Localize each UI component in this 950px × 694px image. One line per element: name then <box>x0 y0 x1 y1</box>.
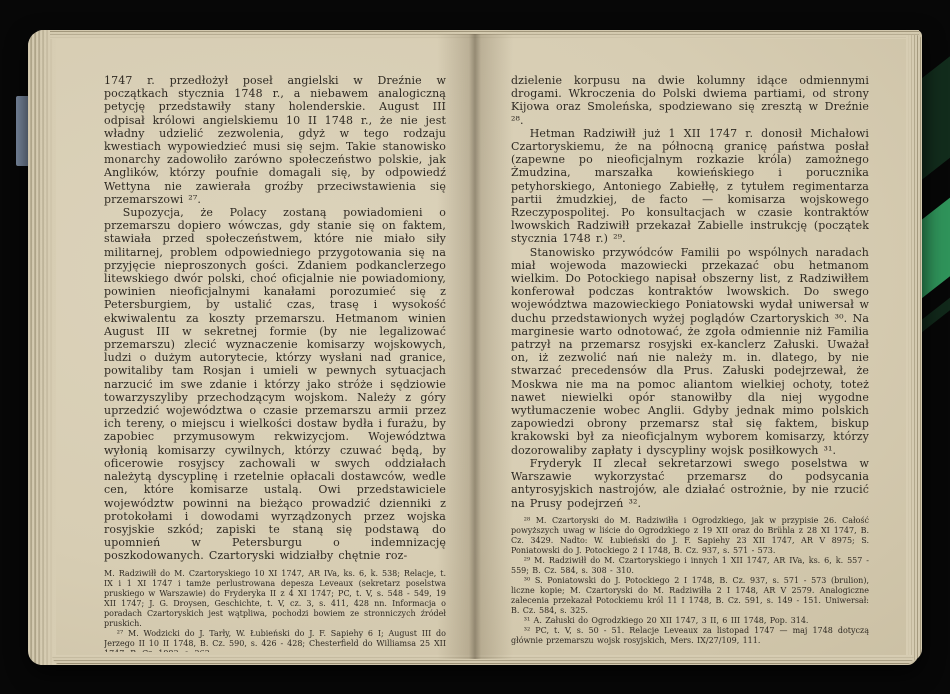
paragraph: 1747 r. przedłożył poseł angielski w Dre… <box>104 74 446 206</box>
left-page: 1747 r. przedłożył poseł angielski w Dre… <box>104 74 446 652</box>
paragraph: Fryderyk II zlecał sekretarzowi swego po… <box>511 457 869 510</box>
open-book: 1747 r. przedłożył poseł angielski w Dre… <box>28 30 922 665</box>
footnote: ²⁷ M. Wodzicki do J. Tarły, W. Łubieński… <box>104 629 446 652</box>
left-page-footnotes: M. Radziwiłł do M. Czartoryskiego 10 XI … <box>104 569 446 652</box>
paragraph: Supozycja, że Polacy zostaną powiadomien… <box>104 206 446 562</box>
paragraph: dzielenie korpusu na dwie kolumny idące … <box>511 74 869 127</box>
book-gutter <box>437 34 513 659</box>
page-edges-left <box>28 30 56 665</box>
right-page-footnotes: ²⁸ M. Czartoryski do M. Radziwiłła i Ogr… <box>511 516 869 646</box>
footnote: ³² PC, t. V, s. 50 - 51. Relacje Leveaux… <box>511 626 869 646</box>
footnote: ²⁸ M. Czartoryski do M. Radziwiłła i Ogr… <box>511 516 869 556</box>
footnote: ³⁰ S. Poniatowski do J. Potockiego 2 I 1… <box>511 576 869 616</box>
footnote: ²⁹ M. Radziwiłł do M. Czartoryskiego i i… <box>511 556 869 576</box>
right-page: dzielenie korpusu na dwie kolumny idące … <box>511 74 869 652</box>
photo-background: 1747 r. przedłożył poseł angielski w Dre… <box>0 0 950 694</box>
paragraph: Hetman Radziwiłł już 1 XII 1747 r. donos… <box>511 127 869 246</box>
right-page-footer: ²⁸ M. Czartoryski do M. Radziwiłła i Ogr… <box>511 510 869 652</box>
footnote: M. Radziwiłł do M. Czartoryskiego 10 XI … <box>104 569 446 629</box>
page-edges-right <box>906 35 922 661</box>
right-page-body-text: dzielenie korpusu na dwie kolumny idące … <box>511 74 869 510</box>
left-page-body-text: 1747 r. przedłożył poseł angielski w Dre… <box>104 74 446 563</box>
paragraph: Stanowisko przywódców Familii po wspólny… <box>511 246 869 457</box>
left-page-footer: M. Radziwiłł do M. Czartoryskiego 10 XI … <box>104 563 446 652</box>
footnote: ³¹ A. Załuski do Ogrodzkiego 20 XII 1747… <box>511 616 869 626</box>
